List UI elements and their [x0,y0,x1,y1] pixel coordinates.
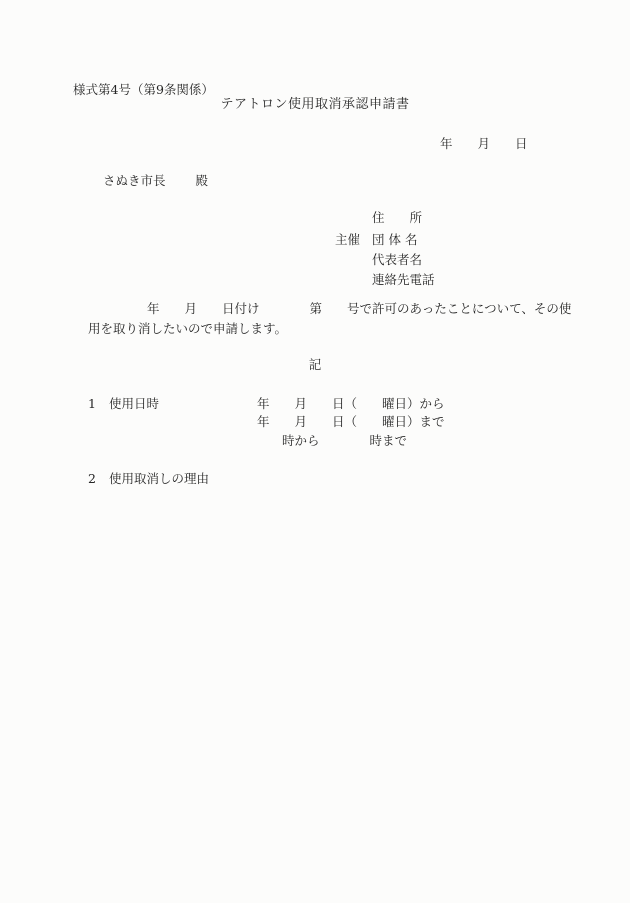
addressee-honorific: 殿 [196,173,209,188]
item2-label-line: 2使用取消しの理由 [88,471,209,486]
body-line-2: 用を取り消したいので申請します。 [88,321,287,336]
applicant-representative-label: 代表者名 [372,252,422,267]
applicant-prefix: 主催 [335,232,360,247]
item2-number: 2 [88,471,96,486]
item1-label-line: 1使用日時 [88,396,159,411]
item2-label: 使用取消しの理由 [109,471,209,486]
item1-number: 1 [88,396,96,411]
section-marker: 記 [0,357,630,372]
applicant-address-label: 住 所 [372,210,422,225]
addressee-name: さぬき市長 [103,173,166,188]
date-line: 年 月 日 [440,136,528,151]
page-title: テアトロン使用取消承認申請書 [0,97,630,113]
item1-time-range: 時から 時まで [282,433,407,448]
applicant-org-label: 団 体 名 [372,232,417,247]
application-form-page: 様式第4号（第9条関係） テアトロン使用取消承認申請書 年 月 日 さぬき市長殿… [0,0,630,903]
body-line-1: 年 月 日付け 第 号で許可のあったことについて、その使 [147,301,571,316]
form-number: 様式第4号（第9条関係） [73,82,214,97]
item1-datetime-from: 年 月 日（ 曜日）から [257,396,445,411]
applicant-phone-label: 連絡先電話 [372,272,435,287]
item1-datetime-to: 年 月 日（ 曜日）まで [257,414,445,429]
item1-label: 使用日時 [109,396,159,411]
applicant-org-line: 主催団 体 名 [335,232,417,247]
addressee-line: さぬき市長殿 [103,173,208,188]
